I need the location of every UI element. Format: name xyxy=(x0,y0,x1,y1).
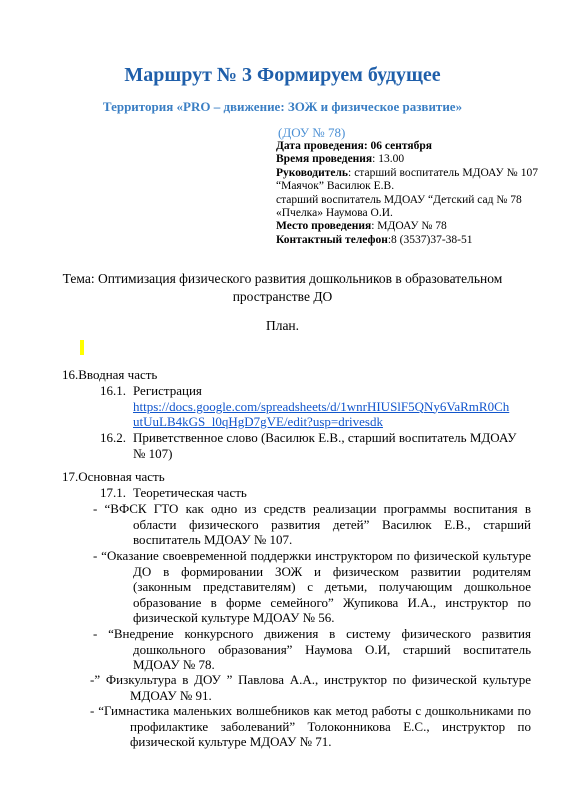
theme-heading: Тема: Оптимизация физического развития д… xyxy=(60,270,505,306)
date-line: Дата проведения: 06 сентября xyxy=(276,140,538,153)
leader-line-2: старший воспитатель МДОАУ “Детский сад №… xyxy=(276,194,538,221)
talk-item: - “Оказание своевременной поддержки инст… xyxy=(93,548,531,626)
talk-item: - “Внедрение конкурсного движения в сист… xyxy=(93,626,531,673)
item-16-1: 16.1.Регистрация https://docs.google.com… xyxy=(100,383,530,430)
registration-link[interactable]: https://docs.google.com/spreadsheets/d/1… xyxy=(133,399,509,430)
section-16: 16.Вводная часть xyxy=(62,367,157,383)
leader-line: Руководитель: старший воспитатель МДОАУ … xyxy=(276,167,538,194)
event-info-block: (ДОУ № 78) Дата проведения: 06 сентября … xyxy=(276,125,538,247)
phone-line: Контактный телефон:8 (3537)37-38-51 xyxy=(276,234,538,247)
text-cursor-highlight xyxy=(80,340,84,355)
item-17-1: 17.1.Теоретическая часть xyxy=(100,485,530,501)
place-line: Место проведения: МДОАУ № 78 xyxy=(276,220,538,233)
talk-item: - “ВФСК ГТО как одно из средств реализац… xyxy=(93,501,531,548)
document-subtitle: Территория «PRO – движение: ЗОЖ и физиче… xyxy=(0,99,565,115)
talk-item: - “Гимнастика маленьких волшебников как … xyxy=(90,703,531,750)
talk-item: -” Физкультура в ДОУ ” Павлова А.А., инс… xyxy=(90,672,531,703)
section-17: 17.Основная часть xyxy=(62,469,165,485)
item-16-2: 16.2.Приветственное слово (Василюк Е.В.,… xyxy=(100,430,530,461)
document-page: Маршрут № 3 Формируем будущее Территория… xyxy=(0,0,565,800)
plan-heading: План. xyxy=(0,318,565,334)
dou-label: (ДОУ № 78) xyxy=(276,125,538,140)
document-title: Маршрут № 3 Формируем будущее xyxy=(0,64,565,87)
time-line: Время проведения: 13.00 xyxy=(276,153,538,166)
